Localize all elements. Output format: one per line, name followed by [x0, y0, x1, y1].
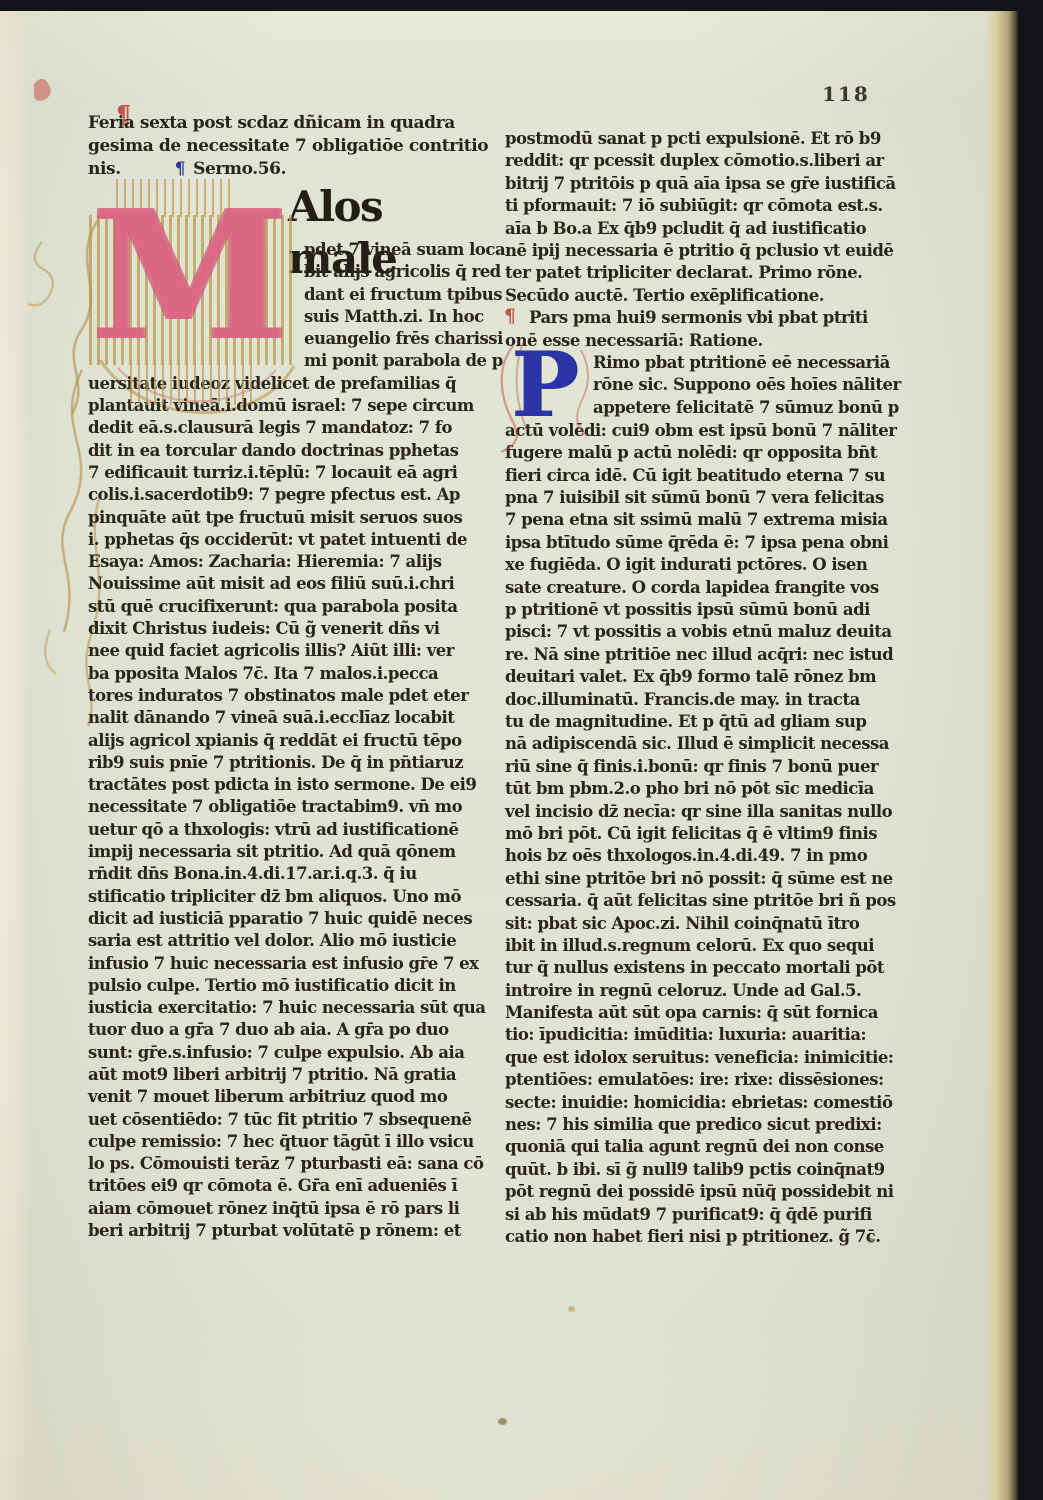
text-line: dicit ad iusticiā pparatio 7 huic quidē …: [88, 908, 488, 930]
text-line: Nouissime aūt misit ad eos filiū suū.i.c…: [88, 573, 488, 595]
decorated-initial-p: P: [505, 352, 593, 420]
text-line: colis.i.sacerdotib9: 7 pegre pfectus est…: [88, 484, 488, 506]
text-line: sit: pbat sic Apoc.zi. Nihil coinq̄natū …: [505, 913, 909, 935]
incunable-page-scan: 118 ¶ Feria sexta post scdaz dñicam in q…: [0, 0, 1043, 1500]
text-line: ba pposita Malos 7c̄. Ita 7 malos.i.pecc…: [88, 663, 488, 685]
text-line: tu de magnitudine. Et p q̄tū ad gliam su…: [505, 711, 909, 733]
text-line: Manifesta aūt sūt opa carnis: q̄ sūt for…: [505, 1002, 909, 1024]
text-line: deuitari valet. Ex q̄b9 formo talē rōnez…: [505, 666, 909, 688]
text-line: bit alijs agricolis q̄ red: [304, 261, 488, 283]
text-line: tuor duo a gr̄a 7 duo ab aia. A gr̄a po …: [88, 1019, 488, 1041]
header-line: Feria sexta post scdaz dñicam in quadra: [88, 112, 488, 135]
header-line: gesima de necessitate 7 obligatiōe contr…: [88, 135, 488, 158]
text-line: stificatio tripliciter dz̄ bm aliquos. U…: [88, 886, 488, 908]
text-line: hois bz oēs thxologos.in.4.di.49. 7 in p…: [505, 845, 909, 867]
text-line: necessitate 7 obligatiōe tractabim9. vn̄…: [88, 796, 488, 818]
text-line: uet cōsentiēdo: 7 tūc fit ptritio 7 sbse…: [88, 1109, 488, 1131]
foxing-spot: [568, 1306, 575, 1312]
text-line: infusio 7 huic necessaria est infusio gr…: [88, 953, 488, 975]
text-line: aiam cōmouet rōnez inq̄tū ipsa ē rō pars…: [88, 1198, 488, 1220]
text-line: reddit: qr pcessit duplex cōmotio.s.libe…: [505, 150, 909, 172]
text-line: pisci: 7 vt possitis a vobis etnū maluz …: [505, 621, 909, 643]
text-line: vel incisio dz̄ necīa: qr sine illa sani…: [505, 801, 909, 823]
initial-letter: M: [84, 187, 296, 365]
text-line: doc.illuminatū. Francis.de may. in tract…: [505, 689, 909, 711]
text-line: bitrij 7 ptritōis p quā aīa ipsa se gr̄e…: [505, 173, 909, 195]
text-line: aīa b Bo.a Ex q̄b9 pcludit q̄ ad iustifi…: [505, 218, 909, 240]
text-line: lo ps. Cōmouisti terāz 7 pturbasti eā: s…: [88, 1153, 488, 1175]
text-line: pna 7 iuisibil sit sūmū bonū 7 vera feli…: [505, 487, 909, 509]
text-line: iusticia exercitatio: 7 huic necessaria …: [88, 997, 488, 1019]
text-line: saria est attritio vel dolor. Alio mō iu…: [88, 930, 488, 952]
text-line: fieri circa idē. Cū igit beatitudo etern…: [505, 465, 909, 487]
foxing-spot: [498, 1418, 507, 1425]
paragraph-with-initial: P Rimo pbat ptritionē eē necessariārōne …: [505, 352, 909, 419]
text-line: Pars pma hui9 sermonis vbi pbat ptriti: [505, 307, 909, 329]
text-line: venit 7 mouet liberum arbitriuz quod mo: [88, 1086, 488, 1108]
text-line: pdet 7 vineā suam loca: [304, 239, 488, 261]
text-line: catio non habet fieri nisi p ptritionez.…: [505, 1226, 909, 1248]
text-line: alijs agricol xpianis q̄ reddāt ei fruct…: [88, 730, 488, 752]
text-line: que est idolox seruitus: veneficia: inim…: [505, 1047, 909, 1069]
text-line: Esaya: Amos: Zacharia: Hieremia: 7 alijs: [88, 551, 488, 573]
text-line: p ptritionē vt possitis ipsū sūmū bonū a…: [505, 599, 909, 621]
text-line: pulsio culpe. Tertio mō iustificatio dic…: [88, 975, 488, 997]
text-line: mi ponit parabola de p: [304, 350, 488, 372]
text-line: rn̄dit dn̄s Bona.in.4.di.17.ar.i.q.3. q̄…: [88, 863, 488, 885]
text-line: culpe remissio: 7 hec q̄tuor tāgūt ī ill…: [88, 1131, 488, 1153]
decorated-initial-m: M: [84, 215, 296, 365]
text-line: si ab his mūdat9 7 purificat9: q̄ q̄dē p…: [505, 1204, 909, 1226]
text-line: rib9 suis pnīe 7 ptritionis. De q̄ in pn…: [88, 752, 488, 774]
folio-number: 118: [822, 82, 870, 106]
text-line: re. Nā sine ptritiōe nec illud acq̄ri: n…: [505, 644, 909, 666]
text-line: nee quid faciet agricolis illis? Aiūt il…: [88, 640, 488, 662]
text-line: nē ipij necessaria ē ptritio q̄ pclusio …: [505, 240, 909, 262]
text-line: ipsa btītudo sūme q̄rēda ē: 7 ipsa pena …: [505, 532, 909, 554]
text-line: ter patet tripliciter declarat. Primo rō…: [505, 262, 909, 284]
text-line: dixit Christus iudeis: Cū g̃ venerit dñs…: [88, 618, 488, 640]
text-line: impij necessaria sit ptritio. Ad quā qōn…: [88, 841, 488, 863]
text-line: tractātes post pdicta in isto sermone. D…: [88, 774, 488, 796]
text-line: tores induratos 7 obstinatos male pdet e…: [88, 685, 488, 707]
left-column: Feria sexta post scdaz dñicam in quadra …: [88, 112, 488, 1242]
text-line: tio: īpudicitia: imūditia: luxuria: auar…: [505, 1024, 909, 1046]
text-line: cessaria. q̄ aūt felicitas sine ptritōe …: [505, 890, 909, 912]
text-line: mō bri pōt. Cū igit felicitas q̄ ē vltim…: [505, 823, 909, 845]
paragraph-mark-icon: ¶: [504, 305, 516, 327]
text-line: suis Matth.zi. In hoc: [304, 306, 488, 328]
text-line: postmodū sanat p pcti expulsionē. Et rō …: [505, 128, 909, 150]
text-line: 7 edificauit turriz.i.tēplū: 7 locauit e…: [88, 462, 488, 484]
text-line: tūt bm pbm.2.o pho bri nō pōt sīc medicī…: [505, 778, 909, 800]
penwork-fringe: [124, 363, 254, 405]
text-line: i. pphetas q̄s occiderūt: vt patet intue…: [88, 529, 488, 551]
text-line: quoniā qui talia agunt regnū dei non con…: [505, 1136, 909, 1158]
text-line: beri arbitrij 7 pturbat volūtatē p rōnem…: [88, 1220, 488, 1242]
text-line: stū quē crucifixerunt: qua parabola posi…: [88, 596, 488, 618]
text-line: nes: 7 his similia que predico sicut pre…: [505, 1114, 909, 1136]
text-line: riū sine q̄ finis.i.bonū: qr finis 7 bon…: [505, 756, 909, 778]
text-line: 7 pena etna sit ssimū malū 7 extrema mis…: [505, 509, 909, 531]
text-line: sate creature. O corda lapidea frangite …: [505, 577, 909, 599]
text-line: secte: inuidie: homicidia: ebrietas: com…: [505, 1092, 909, 1114]
text-line: pinquāte aūt tpe fructuū misit seruos su…: [88, 507, 488, 529]
text-line: introire in regnū celoruz. Unde ad Gal.5…: [505, 980, 909, 1002]
text-line: ibit in illud.s.regnum celorū. Ex quo se…: [505, 935, 909, 957]
text-line: pōt regnū dei possidē ipsū nūq̄ possideb…: [505, 1181, 909, 1203]
foxing-spot: [868, 1238, 874, 1243]
text-line: aūt mot9 liberi arbitrij 7 ptritio. Nā g…: [88, 1064, 488, 1086]
page-edge: [984, 11, 1018, 1500]
initial-letter: P: [511, 340, 579, 430]
text-line: nā adipiscendā sic. Illud ē simplicit ne…: [505, 733, 909, 755]
text-line: ethi sine ptritōe bri nō possit: q̄ sūme…: [505, 868, 909, 890]
text-line: uetur qō a thxologis: vtrū ad iustificat…: [88, 819, 488, 841]
text-line: ptentiōes: emulatōes: ire: rixe: dissēsi…: [505, 1069, 909, 1091]
sermon-incipit: Alos male: [288, 181, 488, 239]
text-line: Secūdo auctē. Tertio exēplificatione.: [505, 285, 909, 307]
text-line: dant ei fructum tpibus: [304, 284, 488, 306]
text-line: tur q̄ nullus existens in peccato mortal…: [505, 957, 909, 979]
text-line: dit in ea torcular dando doctrinas pphet…: [88, 440, 488, 462]
text-line: quūt. b ibi. sī g̃ null9 talib9 pctis co…: [505, 1159, 909, 1181]
text-block: uersitate iudeoz videlicet de prefamilia…: [88, 373, 488, 1243]
text-line: sunt: gr̄e.s.infusio: 7 culpe expulsio. …: [88, 1042, 488, 1064]
text-line: dedit eā.s.clausurā legis 7 mandatoz: 7 …: [88, 417, 488, 439]
text-block: actū volēdi: cui9 obm est ipsū bonū 7 nā…: [505, 420, 909, 1248]
text-line: euangelio frēs charissi: [304, 328, 488, 350]
text-line: tritōes ei9 qr cōmota ē. Gr̄a enī adueni…: [88, 1175, 488, 1197]
text-line: xe fugiēda. O igit indurati pctōres. O i…: [505, 554, 909, 576]
text-line: nalit dānando 7 vineā suā.i.ecclīaz loca…: [88, 707, 488, 729]
text-line: ti pformauit: 7 iō subiūgit: qr cōmota e…: [505, 195, 909, 217]
right-column: postmodū sanat p pcti expulsionē. Et rō …: [505, 128, 909, 1248]
text-block-wrap: pdet 7 vineā suam locabit alijs agricoli…: [304, 239, 488, 373]
text-block: postmodū sanat p pcti expulsionē. Et rō …: [505, 128, 909, 307]
